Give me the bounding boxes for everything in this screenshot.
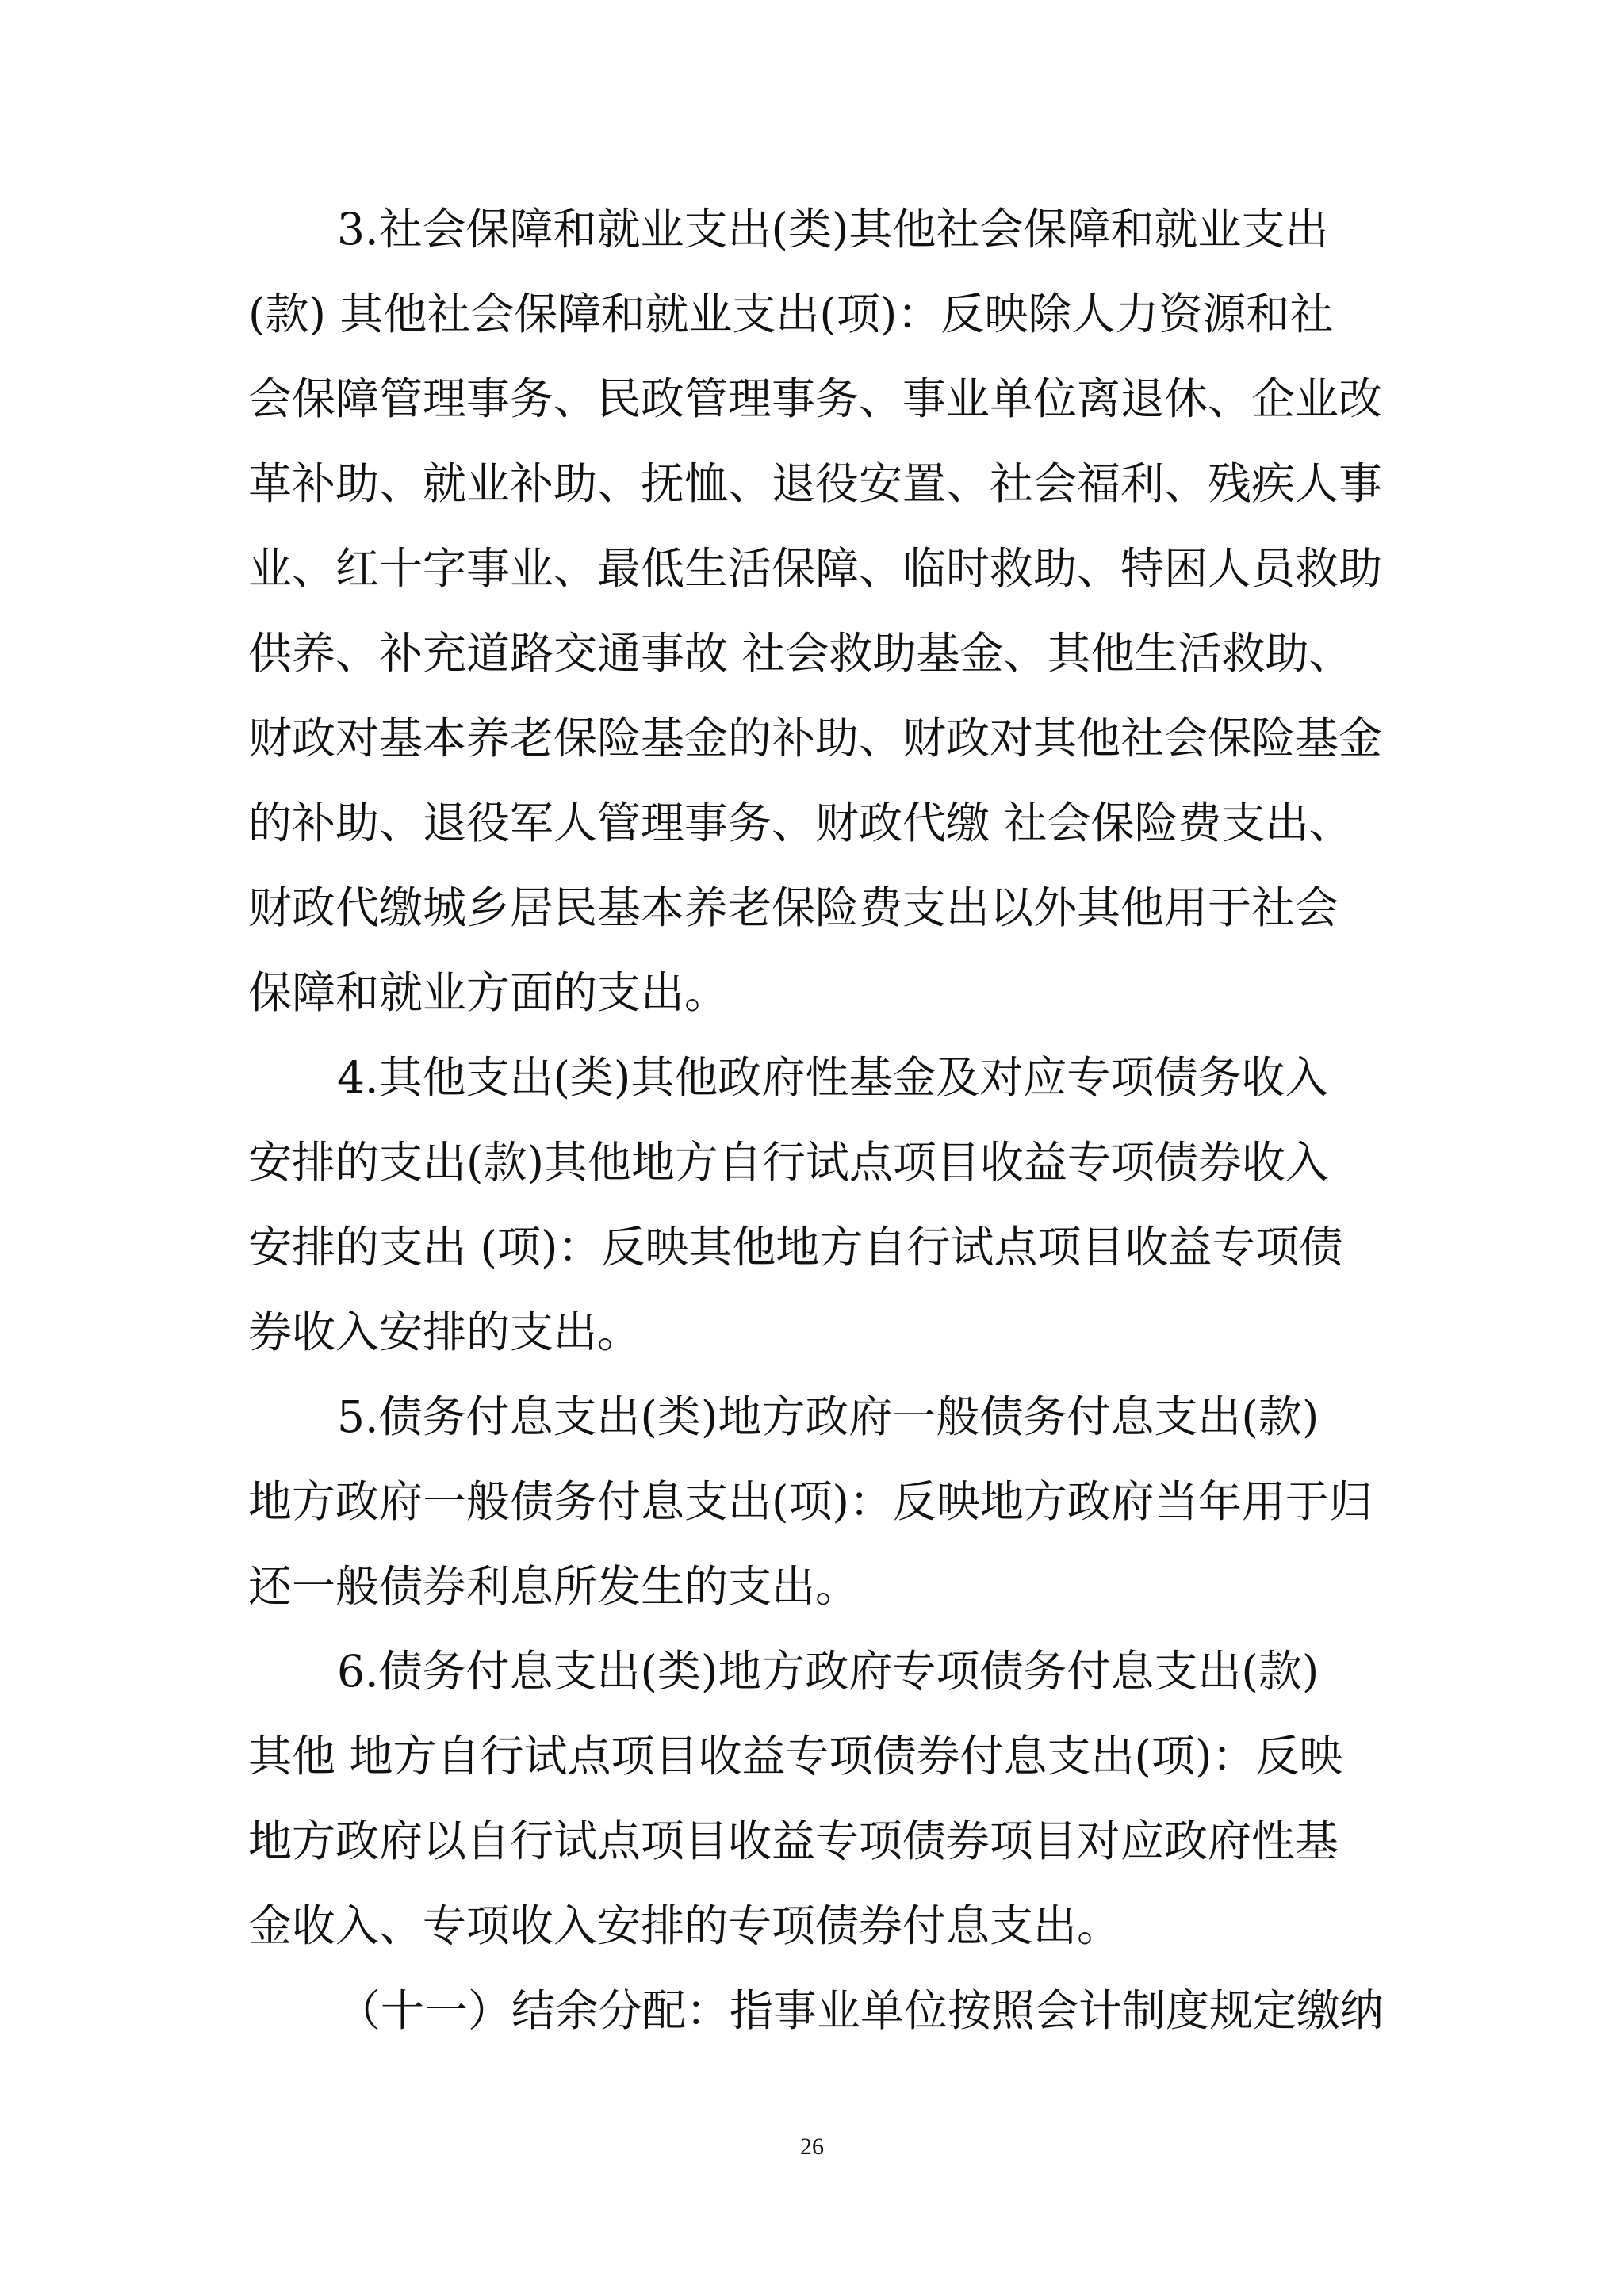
text-line: （十一）结余分配：指事业单位按照会计制度规定缴纳 <box>337 1969 1384 2053</box>
text-line: 保障和就业方面的支出。 <box>248 951 728 1035</box>
text-line: 财政代缴城乡居民基本养老保险费支出以外其他用于社会 <box>248 866 1339 951</box>
text-line: 金收入、专项收入安排的专项债券付息支出。 <box>248 1884 1120 1969</box>
text-line: 供养、补充道路交通事故 社会救助基金、其他生活救助、 <box>248 611 1352 696</box>
text-line: 4.其他支出(类)其他政府性基金及对应专项债务收入 <box>337 1035 1328 1120</box>
text-line: 会保障管理事务、民政管理事务、事业单位离退休、企业改 <box>248 357 1382 442</box>
text-line: 安排的支出(款)其他地方自行试点项目收益专项债券收入 <box>248 1120 1329 1205</box>
text-line: 革补助、就业补助、抚恤、退役安置、社会福利、残疾人事 <box>248 442 1382 526</box>
text-line: 地方政府以自行试点项目收益专项债券项目对应政府性基 <box>248 1799 1339 1884</box>
text-line: 3.社会保障和就业支出(类)其他社会保障和就业支出 <box>337 187 1328 272</box>
text-line: 财政对基本养老保险基金的补助、财政对其他社会保险基金 <box>248 696 1382 781</box>
text-line: 券收入安排的支出。 <box>248 1290 641 1375</box>
text-line: 业、红十字事业、最低生活保障、临时救助、特困人员救助 <box>248 526 1382 611</box>
text-line: 地方政府一般债务付息支出(项)：反映地方政府当年用于归 <box>248 1460 1373 1544</box>
text-line: 安排的支出 (项)：反映其他地方自行试点项目收益专项债 <box>248 1205 1342 1290</box>
text-line: 5.债务付息支出(类)地方政府一般债务付息支出(款) <box>337 1375 1319 1460</box>
text-line: 6.债务付息支出(类)地方政府专项债务付息支出(款) <box>337 1629 1319 1714</box>
document-page: 3.社会保障和就业支出(类)其他社会保障和就业支出 (款) 其他社会保障和就业支… <box>0 0 1624 2296</box>
text-line: 的补助、退役军人管理事务、财政代缴 社会保险费支出、 <box>248 781 1352 866</box>
text-line: 还一般债券利息所发生的支出。 <box>248 1544 859 1629</box>
page-number: 26 <box>0 2133 1624 2161</box>
text-line: 其他 地方自行试点项目收益专项债券付息支出(项)：反映 <box>248 1714 1342 1799</box>
text-line: (款) 其他社会保障和就业支出(项)：反映除人力资源和社 <box>248 272 1333 357</box>
